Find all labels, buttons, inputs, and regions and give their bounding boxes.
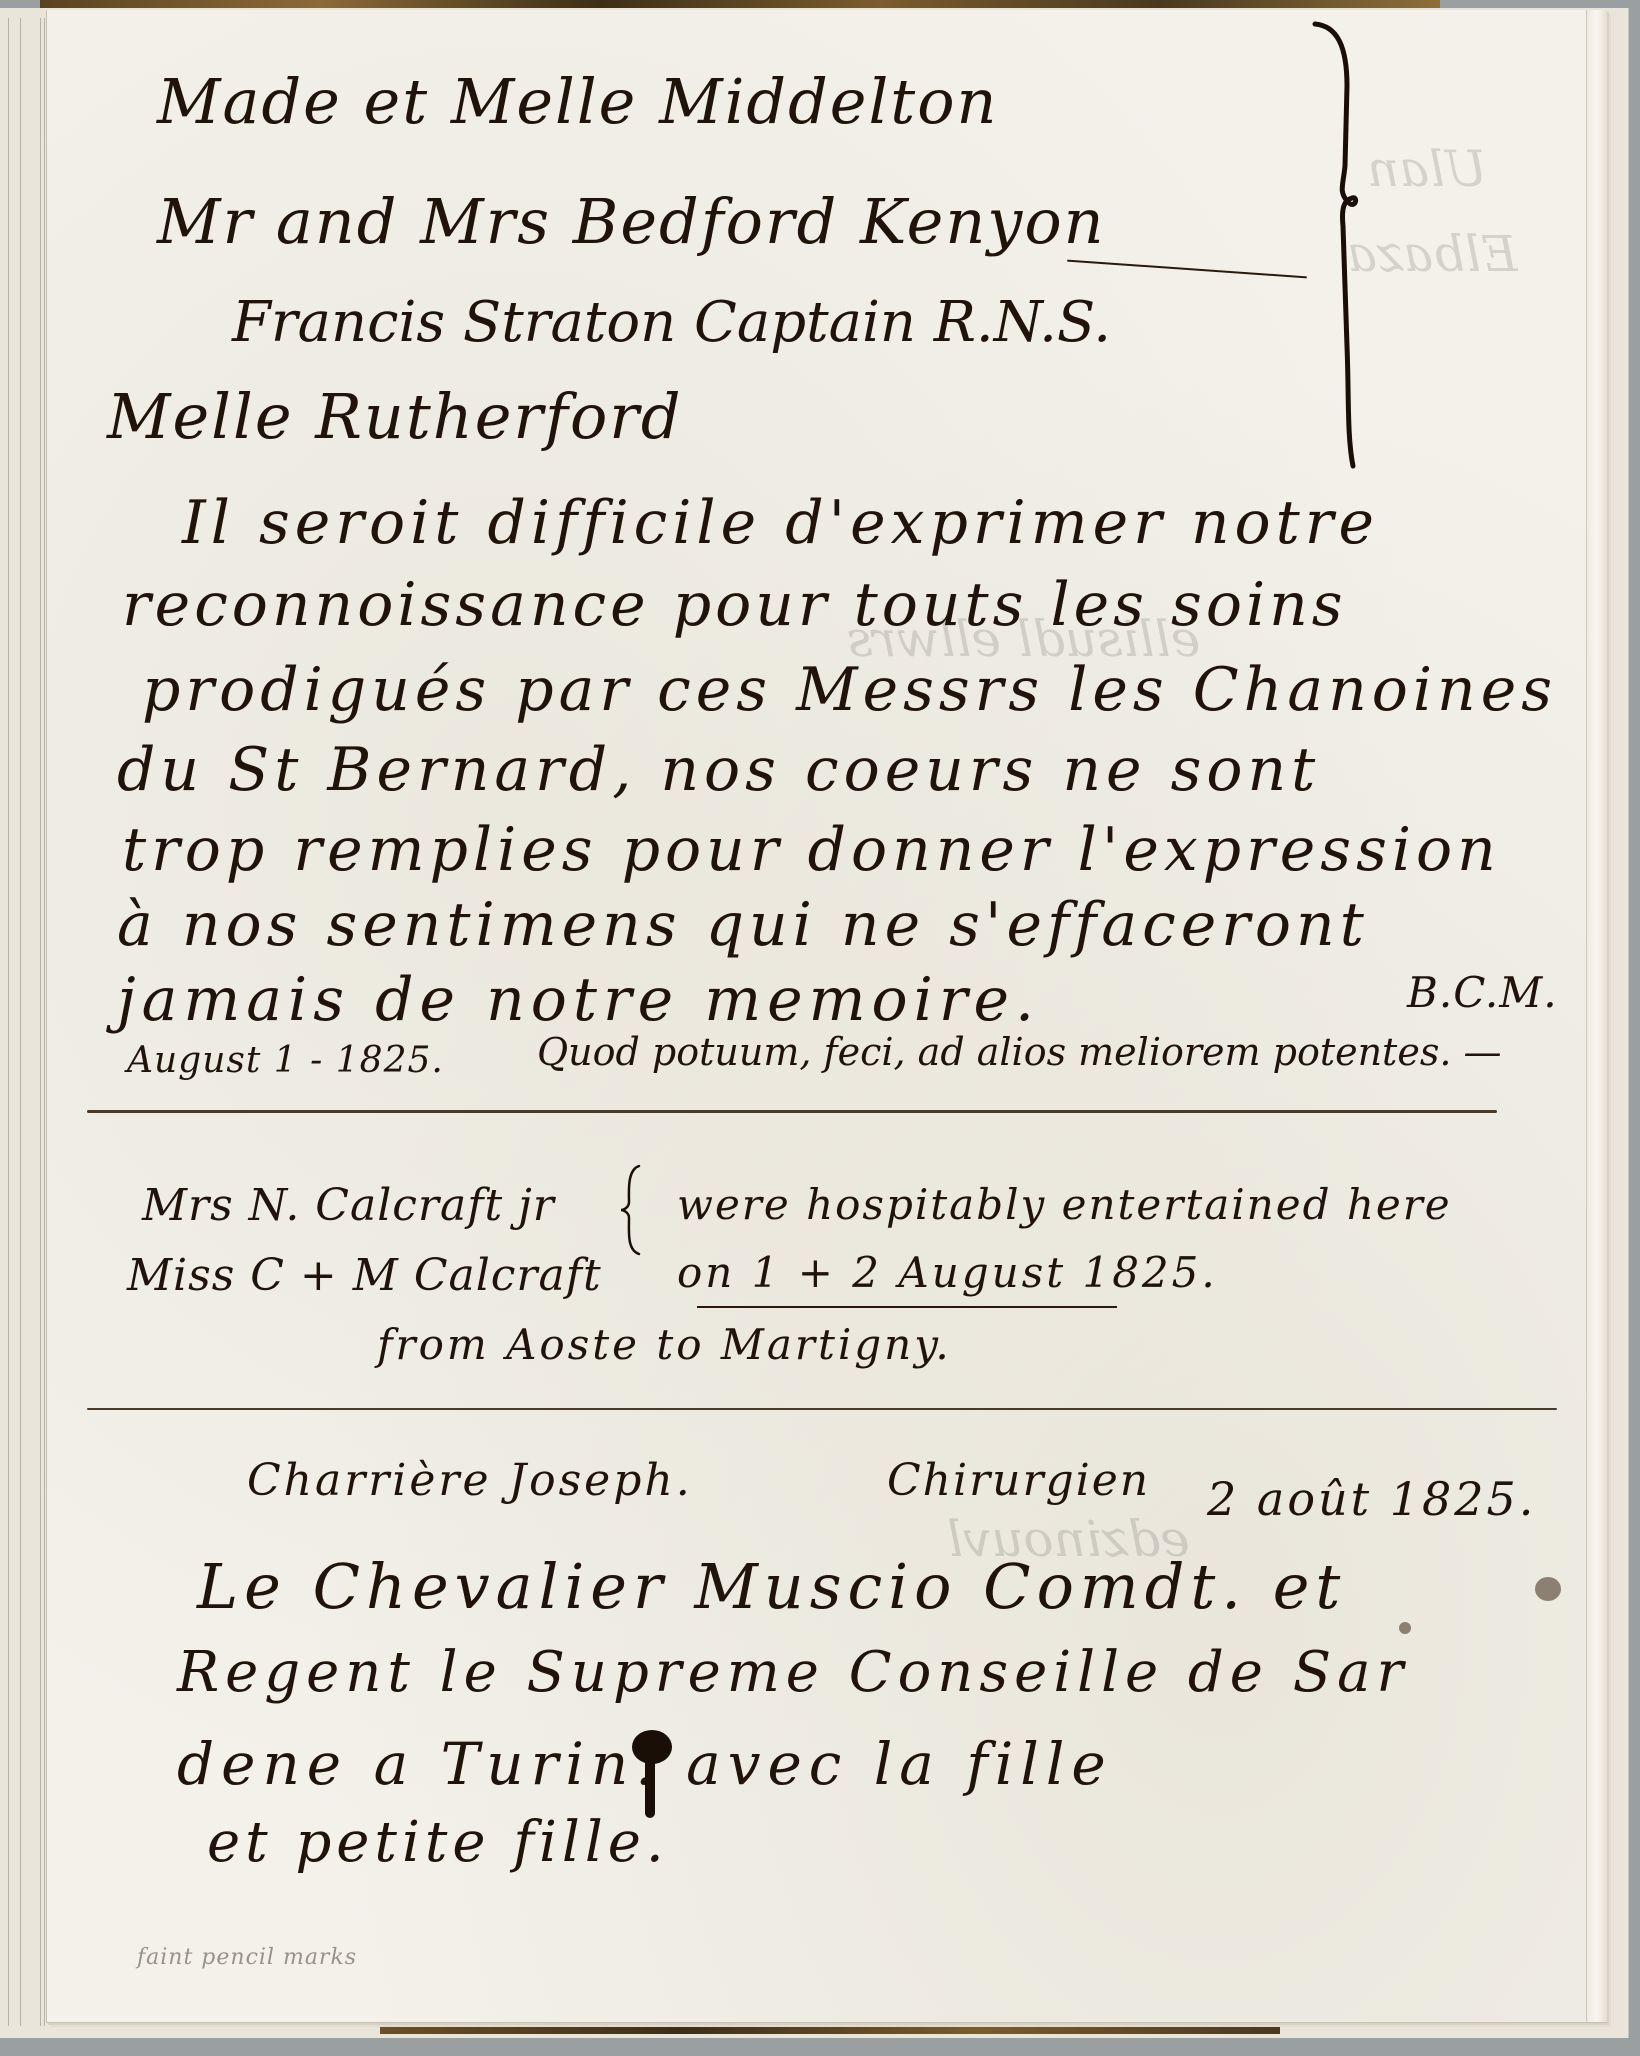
page-edge-line — [8, 18, 9, 2026]
page-edge-line — [44, 18, 45, 2026]
entry-text-line: du St Bernard, nos coeurs ne sont — [117, 735, 1320, 805]
name-flourish — [1067, 260, 1307, 279]
date-underline — [697, 1306, 1117, 1308]
entry-text-line: reconnoissance pour touts les soins — [122, 570, 1347, 640]
entry-text-line: jamais de notre memoire. — [117, 965, 1040, 1035]
page-edge-line — [40, 18, 41, 2026]
visitor-name: Melle Rutherford — [107, 380, 683, 453]
visitor-name: Francis Straton Captain R.N.S. — [232, 290, 1111, 355]
book-cover-bottom-edge — [380, 2024, 1280, 2034]
curly-brace-icon — [1307, 16, 1367, 471]
entry-date: 2 août 1825. — [1207, 1472, 1536, 1526]
entry-text-line: were hospitably entertained here — [677, 1180, 1452, 1229]
entry-text-line: Il seroit difficile d'exprimer notre — [182, 488, 1379, 558]
visitor-name: Mrs N. Calcraft jr — [142, 1180, 555, 1231]
curly-brace-icon — [617, 1162, 647, 1257]
ink-smudge — [1535, 1577, 1561, 1601]
visitor-name: Mr and Mrs Bedford Kenyon — [157, 185, 1106, 258]
visitor-name: Miss C + M Calcraft — [127, 1250, 602, 1301]
entry-text-line: Regent le Supreme Conseille de Sar — [177, 1640, 1409, 1705]
visitor-name: Charrière Joseph. — [247, 1455, 693, 1506]
entry-text-line: et petite fille. — [207, 1810, 669, 1875]
entry-text-line: à nos sentimens qui ne s'effaceront — [117, 890, 1369, 960]
signature-initials: B.C.M. — [1407, 968, 1558, 1017]
entry-text-line: trop remplies pour donner l'expression — [122, 815, 1501, 885]
bleed-through-text: Ulan — [1367, 140, 1487, 198]
marginalia-pencil-marks: faint pencil marks — [137, 1945, 357, 1970]
visitor-name: Made et Melle Middelton — [157, 65, 998, 138]
visitor-profession: Chirurgien — [887, 1455, 1150, 1506]
bleed-through-text: Elbaza — [1347, 225, 1517, 283]
entry-text-line: Le Chevalier Muscio Comdt. et — [197, 1550, 1346, 1623]
section-divider — [87, 1110, 1497, 1113]
page-right-fold — [1586, 10, 1607, 2022]
entry-text-line: prodigués par ces Messrs les Chanoines — [142, 655, 1557, 725]
section-divider — [87, 1408, 1557, 1410]
ink-smudge — [1399, 1622, 1411, 1634]
page-edge-line — [20, 18, 21, 2026]
entry-date: August 1 - 1825. — [127, 1040, 444, 1081]
latin-motto: Quod potuum, feci, ad alios meliorem pot… — [537, 1030, 1501, 1074]
entry-text-line: from Aoste to Martigny. — [377, 1320, 952, 1369]
ink-drip — [645, 1758, 655, 1818]
manuscript-page: Ulan Elbaza ellisudl ellwrs edzinouvl Ma… — [46, 10, 1607, 2023]
entry-text-line: on 1 + 2 August 1825. — [677, 1248, 1218, 1297]
